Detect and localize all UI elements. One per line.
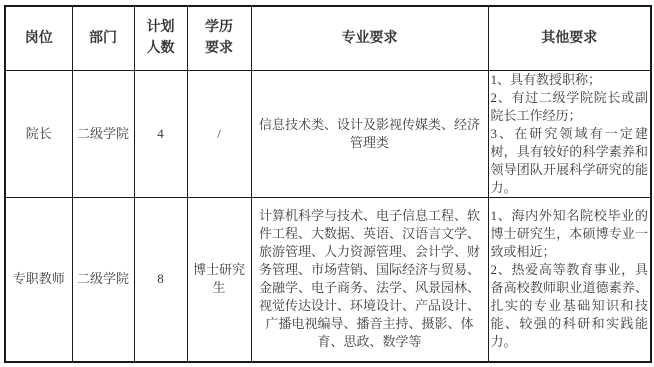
column-header-planned-count: 计划 人数 (134, 6, 187, 70)
cell-education: / (187, 70, 251, 197)
cell-majors: 计算机科学与技术、电子信息工程、软件工程、大数据、英语、汉语言文学、旅游管理、人… (251, 197, 488, 362)
recruitment-table-page: 岗位 部门 计划 人数 学历 要求 专业要求 其他要求 院长 二级学院 4 / … (0, 0, 654, 367)
table-header-row: 岗位 部门 计划 人数 学历 要求 专业要求 其他要求 (5, 6, 651, 70)
column-header-education: 学历 要求 (187, 6, 251, 70)
cell-department: 二级学院 (72, 197, 134, 362)
cell-planned-count: 8 (134, 197, 187, 362)
other-requirement-item: 1、具有教授职称； (491, 71, 649, 89)
cell-department: 二级学院 (72, 70, 134, 197)
table-row-teacher: 专职教师 二级学院 8 博士研究生 计算机科学与技术、电子信息工程、软件工程、大… (5, 197, 651, 362)
column-header-other: 其他要求 (488, 6, 651, 70)
recruitment-table: 岗位 部门 计划 人数 学历 要求 专业要求 其他要求 院长 二级学院 4 / … (4, 5, 652, 363)
cell-other-requirements: 1、海内外知名院校毕业的博士研究生，本硕博专业一致或相近； 2、热爱高等教育事业… (488, 197, 651, 362)
other-requirement-item: 2、有过二级学院院长或副院长工作经历； (491, 89, 649, 125)
cell-planned-count: 4 (134, 70, 187, 197)
other-requirement-item: 3、在研究领域有一定建树，具有较好的科学素养和领导团队开展科学研究的能力。 (491, 125, 649, 197)
column-header-majors: 专业要求 (251, 6, 488, 70)
cell-majors: 信息技术类、设计及影视传媒类、经济管理类 (251, 70, 488, 197)
cell-other-requirements: 1、具有教授职称； 2、有过二级学院院长或副院长工作经历； 3、在研究领域有一定… (488, 70, 651, 197)
cell-position: 院长 (5, 70, 72, 197)
column-header-position: 岗位 (5, 6, 72, 70)
cell-position: 专职教师 (5, 197, 72, 362)
cell-education: 博士研究生 (187, 197, 251, 362)
table-row-dean: 院长 二级学院 4 / 信息技术类、设计及影视传媒类、经济管理类 1、具有教授职… (5, 70, 651, 197)
column-header-department: 部门 (72, 6, 134, 70)
other-requirement-item: 1、海内外知名院校毕业的博士研究生，本硕博专业一致或相近； (491, 207, 649, 261)
other-requirement-item: 2、热爱高等教育事业，具备高校教师职业道德素养、扎实的专业基础知识和技能、较强的… (491, 261, 649, 351)
